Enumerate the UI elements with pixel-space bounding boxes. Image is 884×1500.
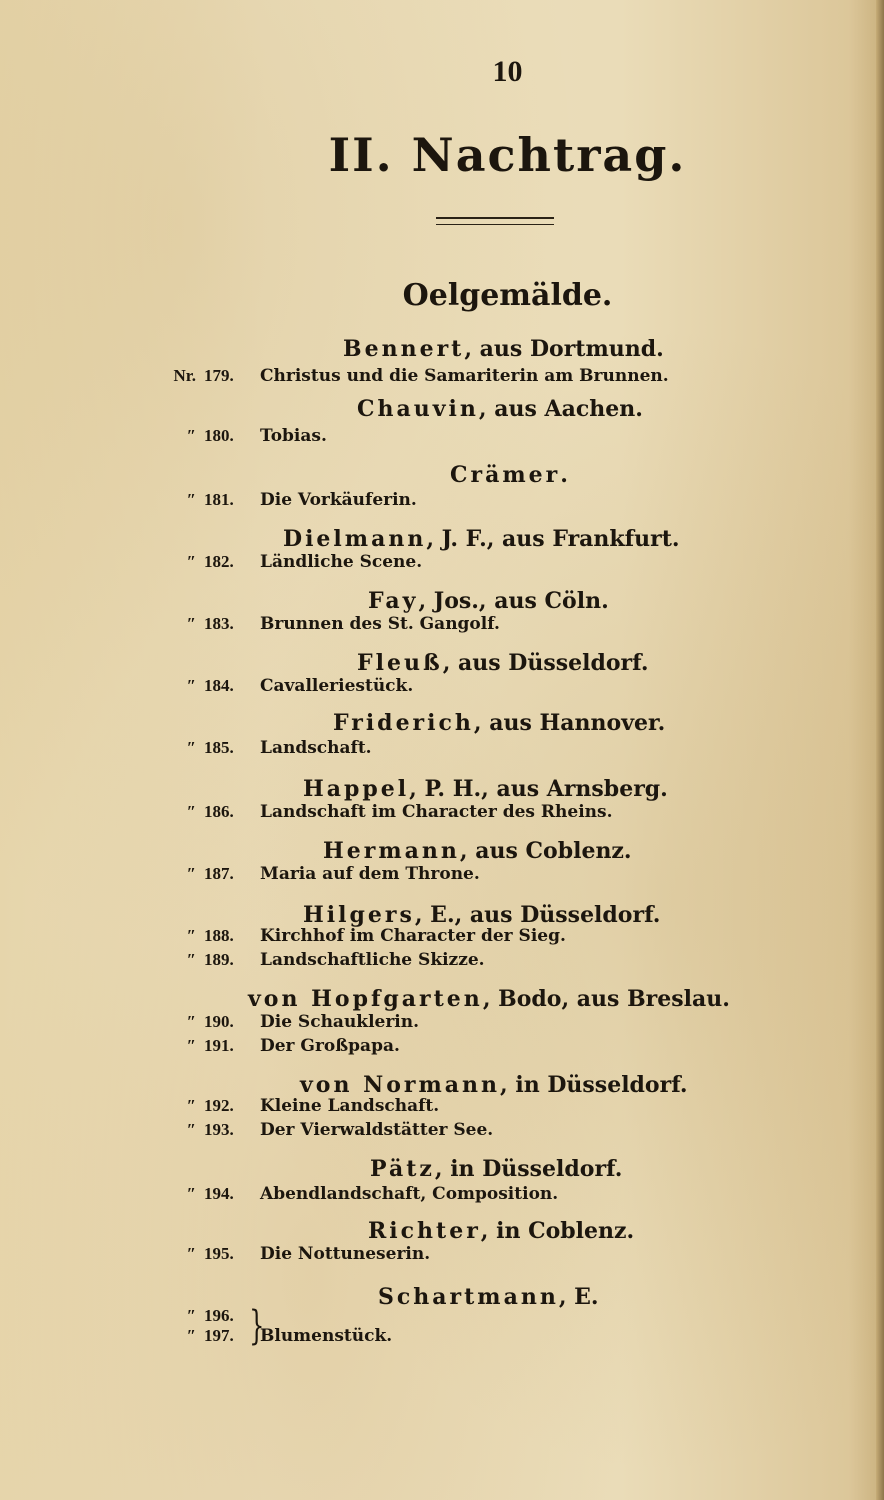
artist-heading: Friderich, aus Hannover.	[333, 710, 665, 736]
curly-brace: }	[249, 1306, 264, 1346]
entry-title: Kirchhof im Character der Sieg.	[260, 926, 566, 946]
page-edge	[876, 0, 884, 1500]
artist-name: Fleuß	[357, 650, 443, 676]
entry-number: 184.	[204, 676, 256, 696]
artist-name: Schartmann	[378, 1284, 559, 1310]
entry-number: 189.	[204, 950, 256, 970]
artist-origin: , J. F., aus Frankfurt.	[426, 526, 679, 552]
artist-origin: , aus Düsseldorf.	[443, 650, 649, 676]
entry-number: 193.	[204, 1120, 256, 1140]
artist-origin: , in Düsseldorf.	[435, 1156, 623, 1182]
artist-heading: Hermann, aus Coblenz.	[323, 838, 632, 864]
artist-name: Hermann	[323, 838, 460, 864]
artist-name: Happel	[303, 776, 409, 802]
entry-number: 186.	[204, 802, 256, 822]
entry-title: Kleine Landschaft.	[260, 1096, 439, 1116]
artist-heading: Crämer.	[450, 462, 568, 488]
entry-number: 183.	[204, 614, 256, 634]
entry-title: Die Vorkäuferin.	[260, 490, 417, 510]
entry-title: Cavalleriestück.	[260, 676, 413, 696]
artist-origin: , aus Dortmund.	[464, 336, 663, 362]
artist-heading: Dielmann, J. F., aus Frankfurt.	[283, 526, 680, 552]
entry-prefix: ″	[160, 426, 196, 446]
artist-name: Richter	[368, 1218, 481, 1244]
entry-number: 179.	[204, 366, 256, 386]
entry-prefix: ″	[160, 1012, 196, 1032]
section-title: Oelgemälde.	[0, 278, 884, 313]
entry-prefix: ″	[160, 1120, 196, 1140]
entry-prefix: ″	[160, 864, 196, 884]
entry-prefix: ″	[160, 676, 196, 696]
artist-origin: , in Coblenz.	[481, 1218, 634, 1244]
artist-name: Hilgers	[303, 902, 415, 928]
entry-number: 188.	[204, 926, 256, 946]
entry-title: Der Vierwaldstätter See.	[260, 1120, 493, 1140]
artist-origin: , Bodo, aus Breslau.	[483, 986, 730, 1012]
entry-number: 194.	[204, 1184, 256, 1204]
artist-origin: , E.	[559, 1284, 599, 1310]
artist-heading: Hilgers, E., aus Düsseldorf.	[303, 902, 660, 928]
artist-name: Fay	[368, 588, 418, 614]
entry-title: Ländliche Scene.	[260, 552, 422, 572]
artist-heading: Pätz, in Düsseldorf.	[370, 1156, 622, 1182]
entry-number: 187.	[204, 864, 256, 884]
entry-number: 192.	[204, 1096, 256, 1116]
entry-title: Die Schauklerin.	[260, 1012, 419, 1032]
artist-heading: Chauvin, aus Aachen.	[357, 396, 643, 422]
artist-heading: von Normann, in Düsseldorf.	[300, 1072, 688, 1098]
artist-heading: Fay, Jos., aus Cöln.	[368, 588, 609, 614]
entry-number: 191.	[204, 1036, 256, 1056]
entry-number: 190.	[204, 1012, 256, 1032]
artist-origin: , in Düsseldorf.	[500, 1072, 688, 1098]
entry-prefix: ″	[160, 1184, 196, 1204]
entry-title: Abendlandschaft, Composition.	[260, 1184, 558, 1204]
artist-origin: , aus Hannover.	[474, 710, 665, 736]
entry-prefix: ″	[160, 802, 196, 822]
entry-prefix: ″	[160, 1306, 196, 1326]
artist-name: Dielmann	[283, 526, 426, 552]
entry-title: Der Großpapa.	[260, 1036, 400, 1056]
entry-number: 180.	[204, 426, 256, 446]
entry-title: Tobias.	[260, 426, 327, 446]
book-page: 10 II. Nachtrag. Oelgemälde. Bennert, au…	[0, 0, 884, 1500]
artist-name: von Normann	[300, 1072, 500, 1098]
artist-name: Bennert	[343, 336, 464, 362]
entry-title: Die Nottuneserin.	[260, 1244, 430, 1264]
entry-prefix: ″	[160, 490, 196, 510]
artist-heading: Happel, P. H., aus Arnsberg.	[303, 776, 668, 802]
entry-title: Landschaft.	[260, 738, 372, 758]
page-number: 10	[0, 55, 884, 89]
double-rule-divider	[436, 217, 554, 225]
artist-origin: , P. H., aus Arnsberg.	[409, 776, 668, 802]
artist-name: Crämer	[450, 462, 560, 488]
entry-prefix: ″	[160, 1096, 196, 1116]
entry-title: Brunnen des St. Gangolf.	[260, 614, 500, 634]
entry-title: Landschaft im Character des Rheins.	[260, 802, 613, 822]
entry-prefix: ″	[160, 552, 196, 572]
entry-number: 195.	[204, 1244, 256, 1264]
artist-name: Friderich	[333, 710, 474, 736]
entry-title: Landschaftliche Skizze.	[260, 950, 485, 970]
entry-prefix: ″	[160, 1036, 196, 1056]
artist-heading: Fleuß, aus Düsseldorf.	[357, 650, 649, 676]
entry-title: Maria auf dem Throne.	[260, 864, 480, 884]
entry-title: Blumenstück.	[260, 1326, 392, 1346]
chapter-title: II. Nachtrag.	[0, 128, 884, 182]
entry-prefix: ″	[160, 1326, 196, 1346]
entry-prefix: Nr.	[160, 366, 196, 386]
entry-prefix: ″	[160, 614, 196, 634]
entry-number: 182.	[204, 552, 256, 572]
entry-number: 185.	[204, 738, 256, 758]
artist-name: Chauvin	[357, 396, 479, 422]
artist-heading: Bennert, aus Dortmund.	[343, 336, 664, 362]
artist-origin: , aus Aachen.	[479, 396, 643, 422]
entry-prefix: ″	[160, 926, 196, 946]
entry-number: 181.	[204, 490, 256, 510]
artist-origin: , Jos., aus Cöln.	[418, 588, 608, 614]
artist-origin: , E., aus Düsseldorf.	[415, 902, 661, 928]
artist-name: von Hopfgarten	[248, 986, 483, 1012]
artist-origin: .	[560, 462, 568, 488]
artist-name: Pätz	[370, 1156, 435, 1182]
entry-prefix: ″	[160, 738, 196, 758]
artist-heading: Schartmann, E.	[378, 1284, 599, 1310]
entry-prefix: ″	[160, 1244, 196, 1264]
artist-heading: Richter, in Coblenz.	[368, 1218, 634, 1244]
entry-prefix: ″	[160, 950, 196, 970]
entry-title: Christus und die Samariterin am Brunnen.	[260, 366, 669, 386]
artist-origin: , aus Coblenz.	[460, 838, 632, 864]
artist-heading: von Hopfgarten, Bodo, aus Breslau.	[248, 986, 730, 1012]
